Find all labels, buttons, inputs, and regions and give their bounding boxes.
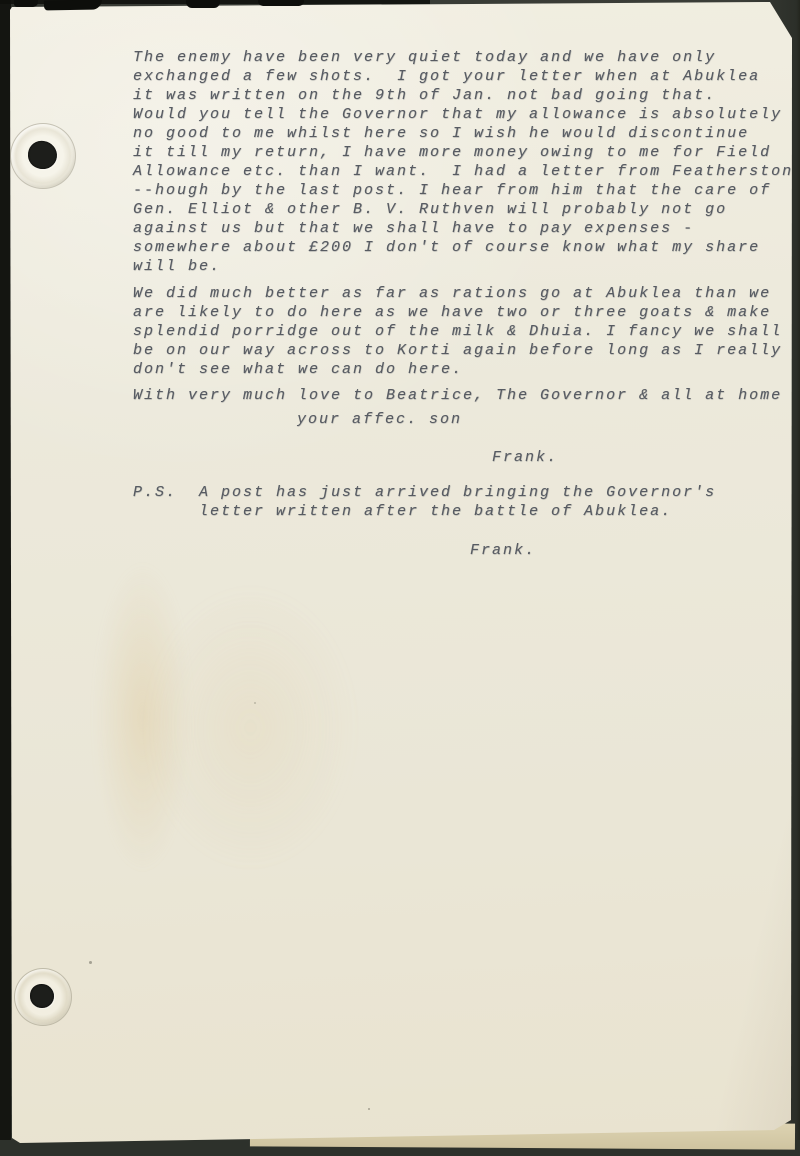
- letter-page: The enemy have been very quiet today and…: [10, 2, 794, 1144]
- postscript: P.S. A post has just arrived bringing th…: [133, 483, 716, 521]
- binding-residue: [258, 0, 304, 6]
- scan-backing: The enemy have been very quiet today and…: [0, 0, 800, 1156]
- signature: Frank.: [492, 448, 558, 467]
- closing-line: With very much love to Beatrice, The Gov…: [133, 386, 782, 405]
- body-paragraph-1: The enemy have been very quiet today and…: [133, 48, 793, 276]
- valediction: your affec. son: [297, 410, 462, 429]
- binding-residue: [44, 0, 102, 11]
- binding-residue: [14, 0, 38, 7]
- postscript-signature: Frank.: [470, 541, 536, 560]
- body-paragraph-2: We did much better as far as rations go …: [133, 284, 782, 379]
- binding-residue: [186, 0, 220, 8]
- letter-text-block: The enemy have been very quiet today and…: [10, 2, 794, 1144]
- binder-edge-shadow: [0, 0, 11, 1156]
